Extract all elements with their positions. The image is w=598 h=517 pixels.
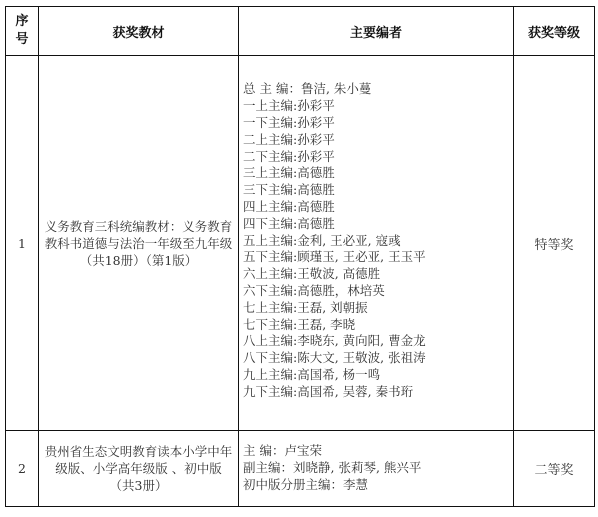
editor-line: 三上主编:高德胜 xyxy=(243,165,513,182)
editor-line: 一下主编:孙彩平 xyxy=(243,115,513,132)
textbook-title: 贵州省生态文明教育读本小学中年级版、小学高年级版 、初中版（共3册） xyxy=(39,443,238,494)
header-textbook: 获奖教材 xyxy=(39,7,239,56)
awards-table: 序 号 获奖教材 主要编者 获奖等级 1 义务教育三科统编教材：义务教育教科书道… xyxy=(5,6,595,507)
header-serial-number: 序 号 xyxy=(6,7,39,56)
editor-line: 二下主编:孙彩平 xyxy=(243,149,513,166)
editor-line: 五下主编:顾瑾玉, 王必亚, 王玉平 xyxy=(243,249,513,266)
header-serial-line2: 号 xyxy=(6,31,38,49)
table-row: 2 贵州省生态文明教育读本小学中年级版、小学高年级版 、初中版（共3册） 主 编… xyxy=(6,431,595,507)
editor-line: 二上主编:孙彩平 xyxy=(243,132,513,149)
header-editors: 主要编者 xyxy=(239,7,514,56)
editors-list: 主 编：卢宝荣 副主编：刘晓静, 张莉琴, 熊兴平 初中版分册主编：李慧 xyxy=(243,441,513,495)
award-level: 二等奖 xyxy=(514,431,595,507)
row-number: 2 xyxy=(6,431,39,507)
editors-cell: 主 编：卢宝荣 副主编：刘晓静, 张莉琴, 熊兴平 初中版分册主编：李慧 xyxy=(239,431,514,507)
editor-line: 三下主编:高德胜 xyxy=(243,182,513,199)
editor-line: 一上主编:孙彩平 xyxy=(243,98,513,115)
editor-line: 九下主编:高国希, 吴蓉, 秦书珩 xyxy=(243,384,513,401)
editors-cell: 总 主 编：鲁洁, 朱小蔓 一上主编:孙彩平 一下主编:孙彩平 二上主编:孙彩平… xyxy=(239,56,514,431)
editor-line: 六上主编:王敬波, 高德胜 xyxy=(243,266,513,283)
table-row: 1 义务教育三科统编教材：义务教育教科书道德与法治一年级至九年级（共18册）（第… xyxy=(6,56,595,431)
header-serial-line1: 序 xyxy=(6,13,38,31)
textbook-cell: 义务教育三科统编教材：义务教育教科书道德与法治一年级至九年级（共18册）（第1版… xyxy=(39,56,239,431)
award-level: 特等奖 xyxy=(514,56,595,431)
editor-line: 八上主编:李晓东, 黄向阳, 曹金龙 xyxy=(243,333,513,350)
editor-line: 五上主编:金利, 王必亚, 寇彧 xyxy=(243,233,513,250)
editor-line: 主 编：卢宝荣 xyxy=(243,443,513,460)
header-row: 序 号 获奖教材 主要编者 获奖等级 xyxy=(6,7,595,56)
editor-line: 四下主编:高德胜 xyxy=(243,216,513,233)
editor-line: 七下主编:王磊, 李晓 xyxy=(243,317,513,334)
editor-line: 四上主编:高德胜 xyxy=(243,199,513,216)
editor-line: 总 主 编：鲁洁, 朱小蔓 xyxy=(243,81,513,98)
editor-line: 六下主编:高德胜，林培英 xyxy=(243,283,513,300)
editor-line: 八下主编:陈大文, 王敬波, 张祖涛 xyxy=(243,350,513,367)
editors-list: 总 主 编：鲁洁, 朱小蔓 一上主编:孙彩平 一下主编:孙彩平 二上主编:孙彩平… xyxy=(243,71,513,414)
header-award-level: 获奖等级 xyxy=(514,7,595,56)
textbook-cell: 贵州省生态文明教育读本小学中年级版、小学高年级版 、初中版（共3册） xyxy=(39,431,239,507)
textbook-title: 义务教育三科统编教材：义务教育教科书道德与法治一年级至九年级（共18册）（第1版… xyxy=(39,218,238,269)
editor-line: 初中版分册主编：李慧 xyxy=(243,477,513,494)
editor-line: 七上主编:王磊, 刘朝振 xyxy=(243,300,513,317)
editor-line: 副主编：刘晓静, 张莉琴, 熊兴平 xyxy=(243,460,513,477)
row-number: 1 xyxy=(6,56,39,431)
editor-line: 九上主编:高国希, 杨一鸣 xyxy=(243,367,513,384)
